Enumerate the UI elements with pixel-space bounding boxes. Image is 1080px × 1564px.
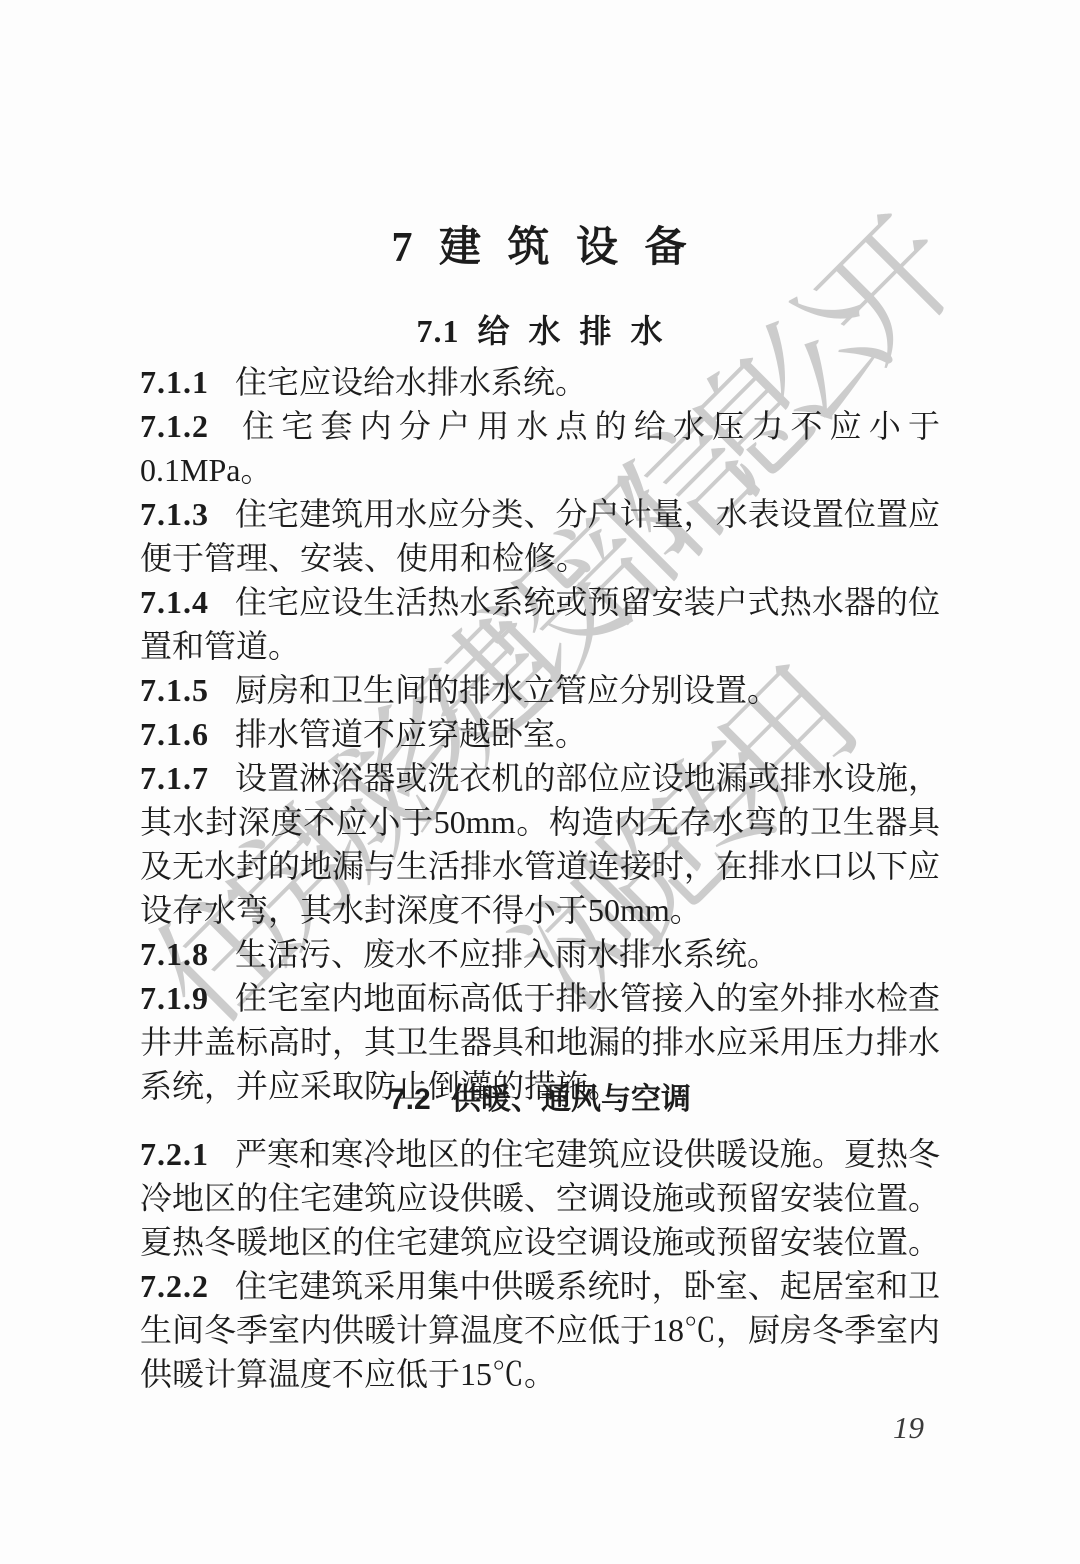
clause-number: 7.1.9 (140, 980, 209, 1016)
page-number: 19 (893, 1410, 924, 1446)
clause-7-1-2: 7.1.2住宅套内分户用水点的给水压力不应小于0.1MPa。 (140, 404, 940, 492)
clause-7-1-8: 7.1.8生活污、废水不应排入雨水排水系统。 (140, 932, 940, 976)
clause-text: 设置淋浴器或洗衣机的部位应设地漏或排水设施，其水封深度不应小于50mm。构造内无… (140, 760, 940, 928)
section-7-1-clauses: 7.1.1住宅应设给水排水系统。 7.1.2住宅套内分户用水点的给水压力不应小于… (140, 360, 940, 1108)
clause-7-2-2: 7.2.2住宅建筑采用集中供暖系统时，卧室、起居室和卫生间冬季室内供暖计算温度不… (140, 1264, 940, 1396)
clause-number: 7.2.2 (140, 1268, 209, 1304)
clause-number: 7.1.6 (140, 716, 209, 752)
clause-7-1-6: 7.1.6排水管道不应穿越卧室。 (140, 712, 940, 756)
clause-text: 住宅应设生活热水系统或预留安装户式热水器的位置和管道。 (140, 584, 940, 664)
clause-7-1-4: 7.1.4住宅应设生活热水系统或预留安装户式热水器的位置和管道。 (140, 580, 940, 668)
section-7-2-clauses: 7.2.1严寒和寒冷地区的住宅建筑应设供暖设施。夏热冬冷地区的住宅建筑应设供暖、… (140, 1132, 940, 1396)
chapter-title: 7 建 筑 设 备 (0, 214, 1080, 274)
clause-text: 排水管道不应穿越卧室。 (235, 716, 587, 752)
clause-text: 厨房和卫生间的排水立管应分别设置。 (235, 672, 779, 708)
clause-7-1-5: 7.1.5厨房和卫生间的排水立管应分别设置。 (140, 668, 940, 712)
clause-number: 7.1.5 (140, 672, 209, 708)
clause-text: 住宅套内分户用水点的给水压力不应小于0.1MPa。 (140, 408, 940, 488)
clause-7-2-1: 7.2.1严寒和寒冷地区的住宅建筑应设供暖设施。夏热冬冷地区的住宅建筑应设供暖、… (140, 1132, 940, 1264)
clause-7-1-7: 7.1.7设置淋浴器或洗衣机的部位应设地漏或排水设施，其水封深度不应小于50mm… (140, 756, 940, 932)
clause-number: 7.1.2 (140, 408, 209, 444)
section-heading-7-1: 7.1 给 水 排 水 (0, 306, 1080, 352)
clause-text: 住宅建筑采用集中供暖系统时，卧室、起居室和卫生间冬季室内供暖计算温度不应低于18… (140, 1268, 940, 1392)
document-page: 住房城乡建设部信息公开 浏览专用 7 建 筑 设 备 7.1 给 水 排 水 7… (0, 0, 1080, 1564)
clause-text: 严寒和寒冷地区的住宅建筑应设供暖设施。夏热冬冷地区的住宅建筑应设供暖、空调设施或… (140, 1136, 940, 1260)
clause-text: 住宅建筑用水应分类、分户计量，水表设置位置应便于管理、安装、使用和检修。 (140, 496, 940, 576)
clause-number: 7.1.3 (140, 496, 209, 532)
clause-number: 7.1.7 (140, 760, 209, 796)
section-heading-7-2: 7.2 供暖、通风与空调 (0, 1074, 1080, 1118)
clause-number: 7.1.8 (140, 936, 209, 972)
clause-7-1-1: 7.1.1住宅应设给水排水系统。 (140, 360, 940, 404)
clause-text: 住宅应设给水排水系统。 (235, 364, 587, 400)
clause-number: 7.1.1 (140, 364, 209, 400)
page-content: 7 建 筑 设 备 7.1 给 水 排 水 7.1.1住宅应设给水排水系统。 7… (0, 0, 1080, 1564)
clause-text: 生活污、废水不应排入雨水排水系统。 (235, 936, 779, 972)
clause-number: 7.2.1 (140, 1136, 209, 1172)
clause-number: 7.1.4 (140, 584, 209, 620)
clause-7-1-3: 7.1.3住宅建筑用水应分类、分户计量，水表设置位置应便于管理、安装、使用和检修… (140, 492, 940, 580)
